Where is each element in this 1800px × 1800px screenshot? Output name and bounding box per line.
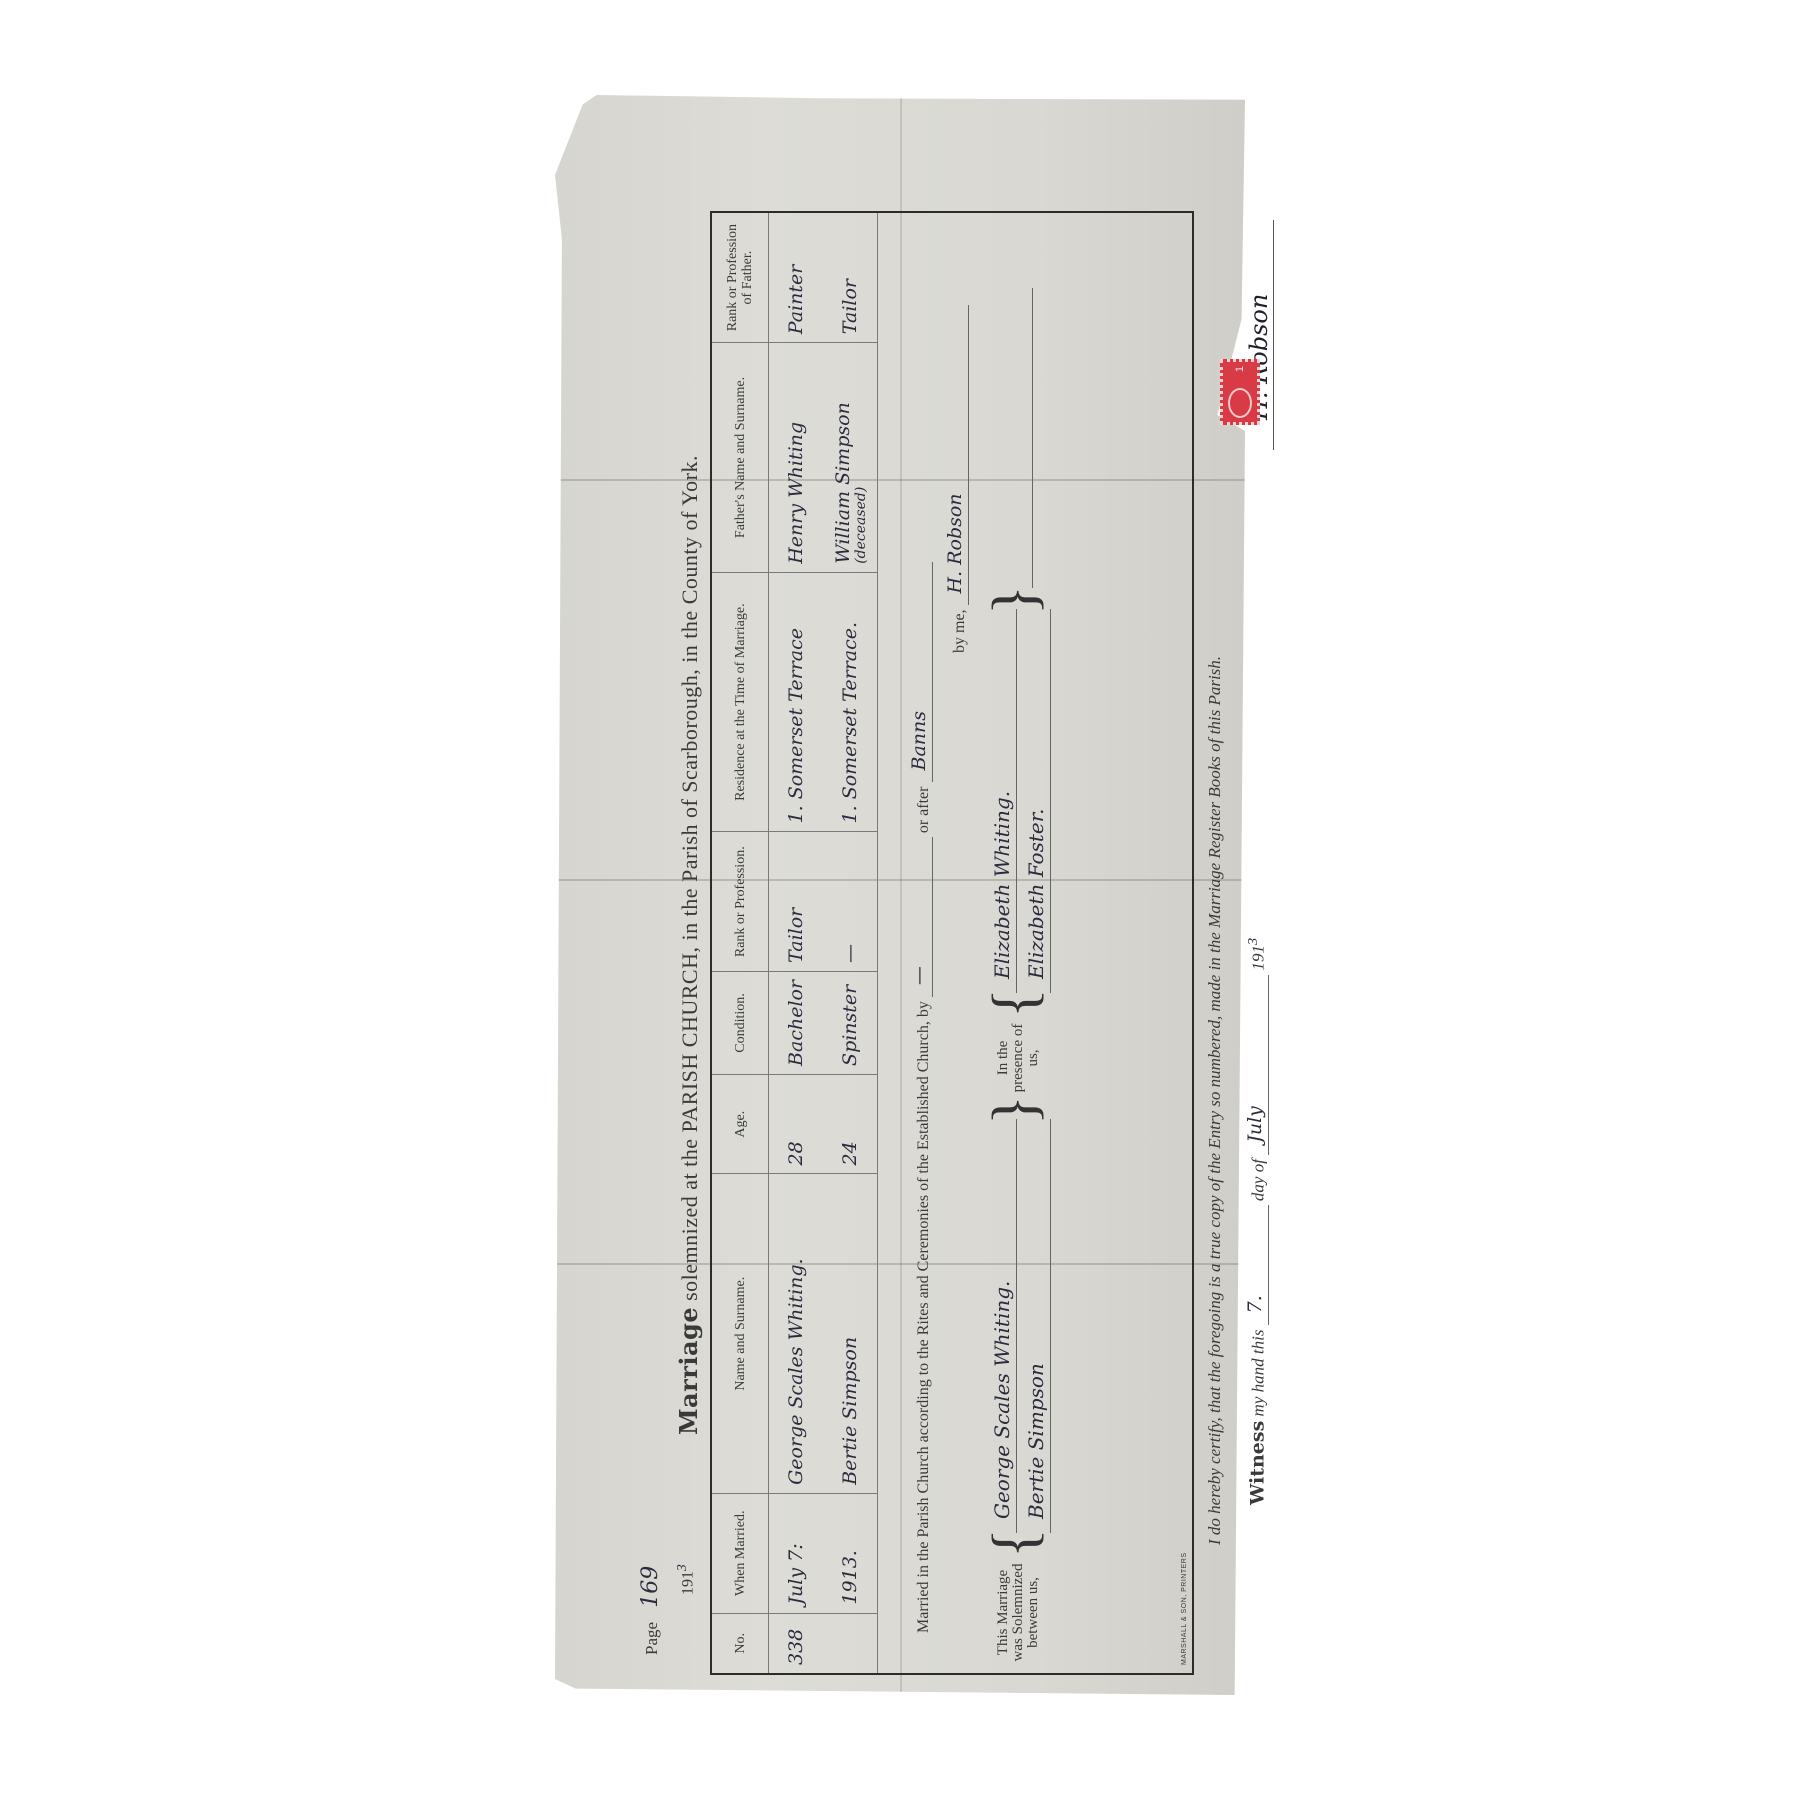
entry-name: Bertie Simpson <box>823 1174 878 1493</box>
or-after-value: Banns <box>908 711 930 771</box>
printer-imprint: MARSHALL & SON, PRINTERS <box>1181 1553 1188 1666</box>
entry-rank: — <box>823 832 878 971</box>
day-value: 7. <box>1244 1295 1266 1313</box>
entry-when-married: 1913. <box>823 1493 878 1613</box>
stamp-denomination: 1 <box>1234 366 1246 372</box>
entry-condition: Spinster <box>823 971 878 1074</box>
witness-line: Witness my hand this 7. day of July 1913 <box>1245 938 1269 1505</box>
entry-number <box>823 1613 878 1673</box>
father-name-text: Henry Whiting <box>785 422 807 564</box>
page-number-line: Page 169 <box>638 1566 663 1655</box>
entry-father-name: William Simpson (deceased) <box>823 343 878 573</box>
column-header: No. <box>712 1613 769 1673</box>
day-field: 7. <box>1248 1205 1269 1325</box>
father-name-text: William Simpson <box>832 402 854 564</box>
page-label: Page <box>642 1622 661 1655</box>
entry-condition: Bachelor <box>769 971 824 1074</box>
entry-residence: 1. Somerset Terrace. <box>823 572 878 832</box>
entry-age: 24 <box>823 1074 878 1174</box>
entry-age: 28 <box>769 1074 824 1174</box>
certificate-title: Marriage solemnized at the PARISH CHURCH… <box>674 175 703 1715</box>
married-text: Married in the Parish Church according t… <box>915 1001 932 1633</box>
page-number: 169 <box>638 1566 663 1608</box>
column-header: When Married. <box>712 1493 769 1613</box>
witness-1-signature: Elizabeth Whiting. <box>990 609 1017 993</box>
month-field: July <box>1248 975 1269 1155</box>
cert-year-prefix: 191 <box>1249 945 1268 971</box>
postage-stamp: 1 <box>1220 359 1260 425</box>
married-statement: Married in the Parish Church according t… <box>912 213 933 1633</box>
entry-father-rank: Tailor <box>823 213 878 343</box>
entry-when-married: July 7: <box>769 1493 824 1613</box>
brace: } <box>984 585 1046 615</box>
day-of-text: day of <box>1249 1159 1268 1201</box>
title-text: solemnized at the PARISH CHURCH, in the … <box>677 455 702 1301</box>
entry-father-name: Henry Whiting <box>769 343 824 573</box>
column-header: Condition. <box>712 971 769 1074</box>
brace: } <box>984 1095 1046 1125</box>
stamp-portrait-icon <box>1228 388 1252 418</box>
entry-number: 338 <box>769 1613 824 1673</box>
groom-signature: George Scales Whiting. <box>990 1119 1017 1533</box>
bride-signature: Bertie Simpson <box>1024 1119 1051 1533</box>
column-header: Rank or Profession. <box>712 832 769 971</box>
certification-text: I do hereby certify, that the foregoing … <box>1205 656 1225 1545</box>
table-row: 338 July 7: George Scales Whiting. 28 Ba… <box>769 213 824 1673</box>
married-by-field: — <box>912 837 933 997</box>
column-header: Name and Surname. <box>712 1174 769 1493</box>
marriage-certificate: Page 169 1913 Marriage solemnized at the… <box>630 175 1250 1715</box>
column-header: Father's Name and Surname. <box>712 343 769 573</box>
solemnized-label: This Marriage was Solemnized between us, <box>996 1560 1041 1665</box>
or-after-label: or after <box>915 787 932 834</box>
table-header-row: No. When Married. Name and Surname. Age.… <box>712 213 769 1673</box>
month-value: July <box>1244 1106 1266 1143</box>
signatures-section: This Marriage was Solemnized between us,… <box>962 213 1082 1673</box>
witness-label: Witness <box>1247 1421 1269 1505</box>
or-after-field: Banns <box>912 563 933 783</box>
column-header: Age. <box>712 1074 769 1174</box>
register-frame: No. When Married. Name and Surname. Age.… <box>710 211 1194 1675</box>
column-header: Residence at the Time of Marriage. <box>712 572 769 832</box>
register-table: No. When Married. Name and Surname. Age.… <box>712 213 878 1673</box>
entry-father-rank: Painter <box>769 213 824 343</box>
entry-residence: 1. Somerset Terrace <box>769 572 824 832</box>
father-annotation: (deceased) <box>854 351 868 564</box>
witness-text: my hand this <box>1249 1330 1268 1417</box>
blank-witness-line <box>1006 288 1033 588</box>
entry-rank: Tailor <box>769 832 824 971</box>
title-blackletter: Marriage <box>674 1307 703 1435</box>
cert-year-suffix: 3 <box>1245 938 1261 945</box>
entry-name: George Scales Whiting. <box>769 1174 824 1493</box>
married-by-value: — <box>908 966 930 985</box>
table-row: 1913. Bertie Simpson 24 Spinster — 1. So… <box>823 213 878 1673</box>
presence-label: In the presence of us, <box>996 1023 1041 1093</box>
witness-2-signature: Elizabeth Foster. <box>1024 609 1051 993</box>
column-header: Rank or Profession of Father. <box>712 213 769 343</box>
